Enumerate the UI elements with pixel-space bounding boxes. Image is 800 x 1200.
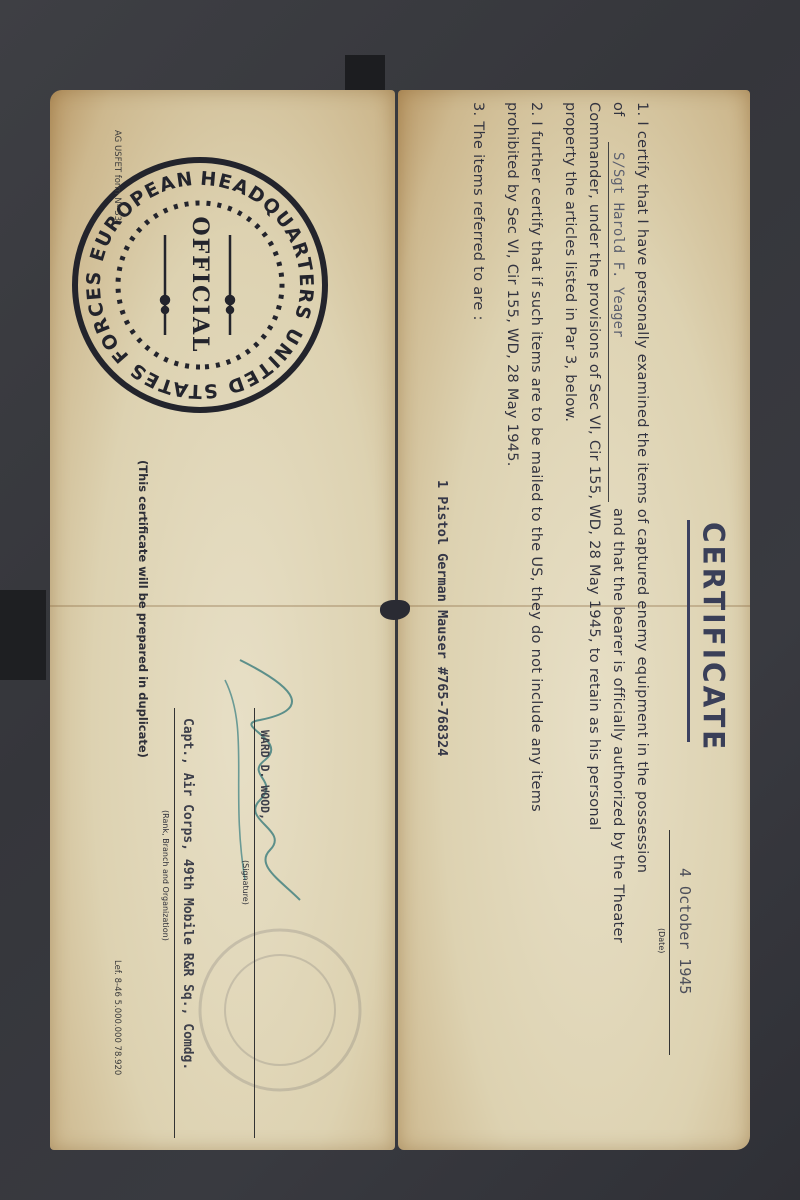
paragraph-3-line-1: 3. The items referred to are : — [470, 102, 486, 321]
date-value: 4 October 1945 — [676, 868, 694, 994]
date-label: (Date) — [657, 928, 666, 953]
item-list-entry: 1 Pistol German Mauser #765-768324 — [434, 480, 450, 756]
paragraph-1-of: of — [610, 102, 626, 117]
document-title: CERTIFICATE — [696, 522, 731, 752]
paragraph-2-line-2: prohibited by Sec VI, Cir 155, WD, 28 Ma… — [504, 102, 520, 467]
print-code: Lef. 8-46 5.000.000 78.920 — [112, 960, 122, 1075]
frame-mat-shadow — [0, 590, 46, 680]
rank-branch-organization: Capt., Air Corps, 49th Mobile R&R Sq., C… — [180, 718, 195, 1070]
bearer-name-underline — [608, 142, 609, 502]
rank-line — [174, 708, 175, 1138]
signer-name: WARD D. WOOD, — [258, 730, 272, 820]
official-seal-stamp: HEADQUARTERS UNITED STATES FORCES EUROPE… — [65, 150, 335, 420]
signature-line — [254, 708, 255, 1138]
signature-label: (Signature) — [241, 860, 250, 905]
date-line — [669, 830, 670, 1055]
certificate-document: CERTIFICATE 4 October 1945 (Date) 1. I c… — [50, 90, 750, 1150]
footnote-text: (This certificate will be prepared in du… — [136, 460, 150, 758]
paragraph-2-line-1: 2. I further certify that if such items … — [528, 102, 544, 812]
rank-label: (Rank, Branch and Organization) — [161, 810, 170, 941]
title-underline — [687, 520, 690, 742]
seal-center-text: OFFICIAL — [187, 216, 213, 353]
form-number: AG USFET form Nº 33 — [112, 130, 122, 221]
paragraph-1-line-3: Commander, under the provisions of Sec V… — [586, 102, 602, 830]
paragraph-1-line-1: 1. I certify that I have personally exam… — [634, 102, 650, 873]
bearer-name-field: S/Sgt Harold F. Yeager — [610, 152, 626, 337]
faint-postmark-stamp — [190, 910, 370, 1110]
paragraph-1-line-4: property the articles listed in Par 3, b… — [562, 102, 578, 422]
paragraph-1-line-2: and that the bearer is officially author… — [610, 508, 626, 943]
